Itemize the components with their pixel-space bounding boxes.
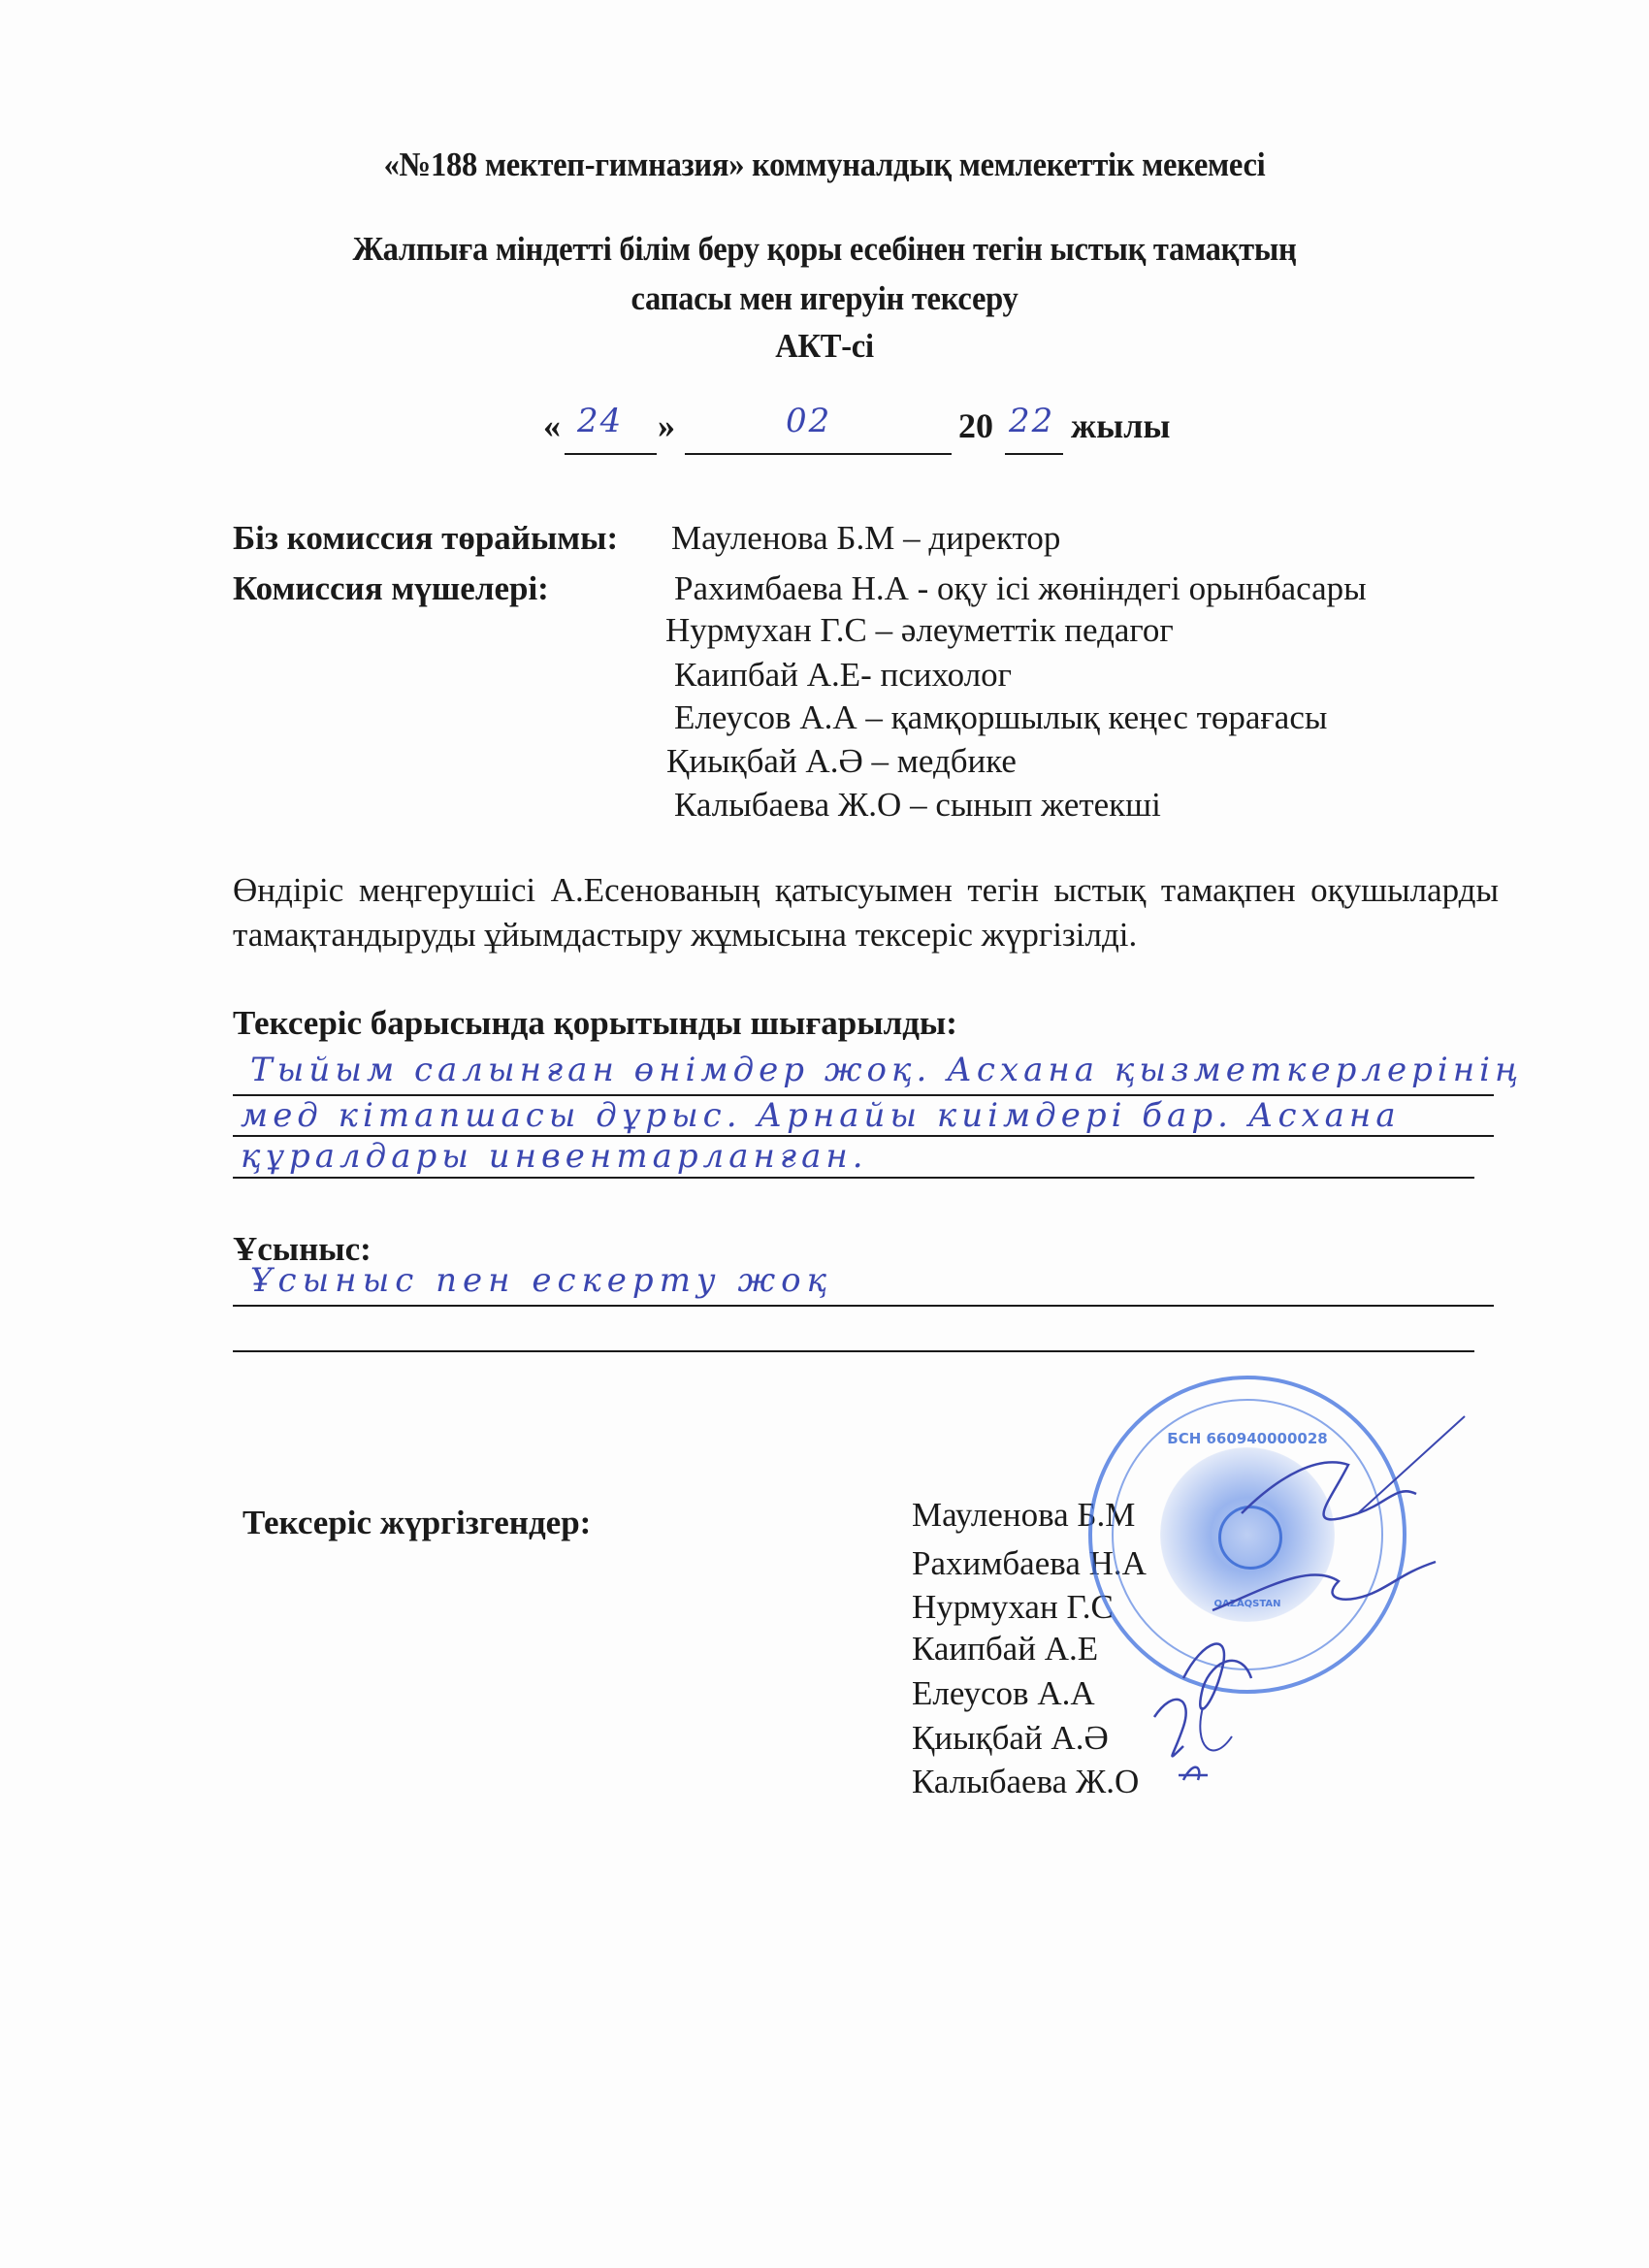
commission-member: Нурмухан Г.С – әлеуметтік педагог	[665, 611, 1174, 650]
conclusion-handwritten-line[interactable]: мед кітапшасы дұрыс. Арнайы киімдері бар…	[241, 1096, 1401, 1135]
commission-members-label: Комиссия мүшелері:	[233, 569, 549, 608]
date-open-quote: «	[543, 405, 561, 446]
date-year-word: жылы	[1071, 405, 1171, 446]
year-underline	[1005, 453, 1063, 455]
conclusion-handwritten-line[interactable]: Тыйым салынған өнімдер жоқ. Асхана қызме…	[250, 1051, 1523, 1089]
date-year-prefix: 20	[958, 405, 993, 446]
commission-chair-value: Мауленова Б.М – директор	[671, 519, 1060, 558]
conclusion-label: Тексеріс барысында қорытынды шығарылды:	[233, 1004, 957, 1043]
month-underline	[685, 453, 952, 455]
commission-member: Елеусов А.А – қамқоршылық кеңес төрағасы	[674, 698, 1327, 737]
recommendation-rule	[233, 1350, 1474, 1352]
date-close-quote: »	[658, 405, 675, 446]
handwritten-signatures-icon	[1067, 1397, 1474, 1804]
act-title-line-2: сапасы мен игеруін тексеру	[58, 279, 1592, 318]
commission-member: Рахимбаева Н.А - оқу ісі жөніндегі орынб…	[674, 569, 1367, 608]
commission-member: Каипбай А.Е- психолог	[674, 656, 1012, 695]
signatures-label: Тексеріс жүргізгендер:	[242, 1504, 591, 1542]
act-title-line-3: АКТ-сі	[58, 327, 1592, 366]
recommendation-handwritten-line[interactable]: Ұсыныс пен ескерту жоқ	[250, 1261, 832, 1300]
commission-member: Калыбаева Ж.О – сынып жетекші	[674, 786, 1161, 825]
institution-name: «№188 мектеп-гимназия» коммуналдық мемле…	[58, 146, 1592, 184]
day-underline	[565, 453, 657, 455]
date-month[interactable]: 02	[786, 402, 831, 440]
date-year-suffix[interactable]: 22	[1009, 402, 1054, 440]
conclusion-handwritten-line[interactable]: құралдары инвентарланған.	[241, 1137, 868, 1176]
commission-member: Қиықбай А.Ә – медбике	[666, 742, 1017, 781]
commission-chair-label: Біз комиссия төрайымы:	[233, 519, 618, 558]
date-day[interactable]: 24	[577, 402, 623, 440]
recommendation-rule	[233, 1305, 1494, 1307]
intro-paragraph: Өндіріс меңгерушісі А.Есенованың қатысуы…	[233, 868, 1499, 957]
conclusion-rule	[233, 1177, 1474, 1179]
act-title-line-1: Жалпыға міндетті білім беру қоры есебіне…	[58, 230, 1592, 269]
